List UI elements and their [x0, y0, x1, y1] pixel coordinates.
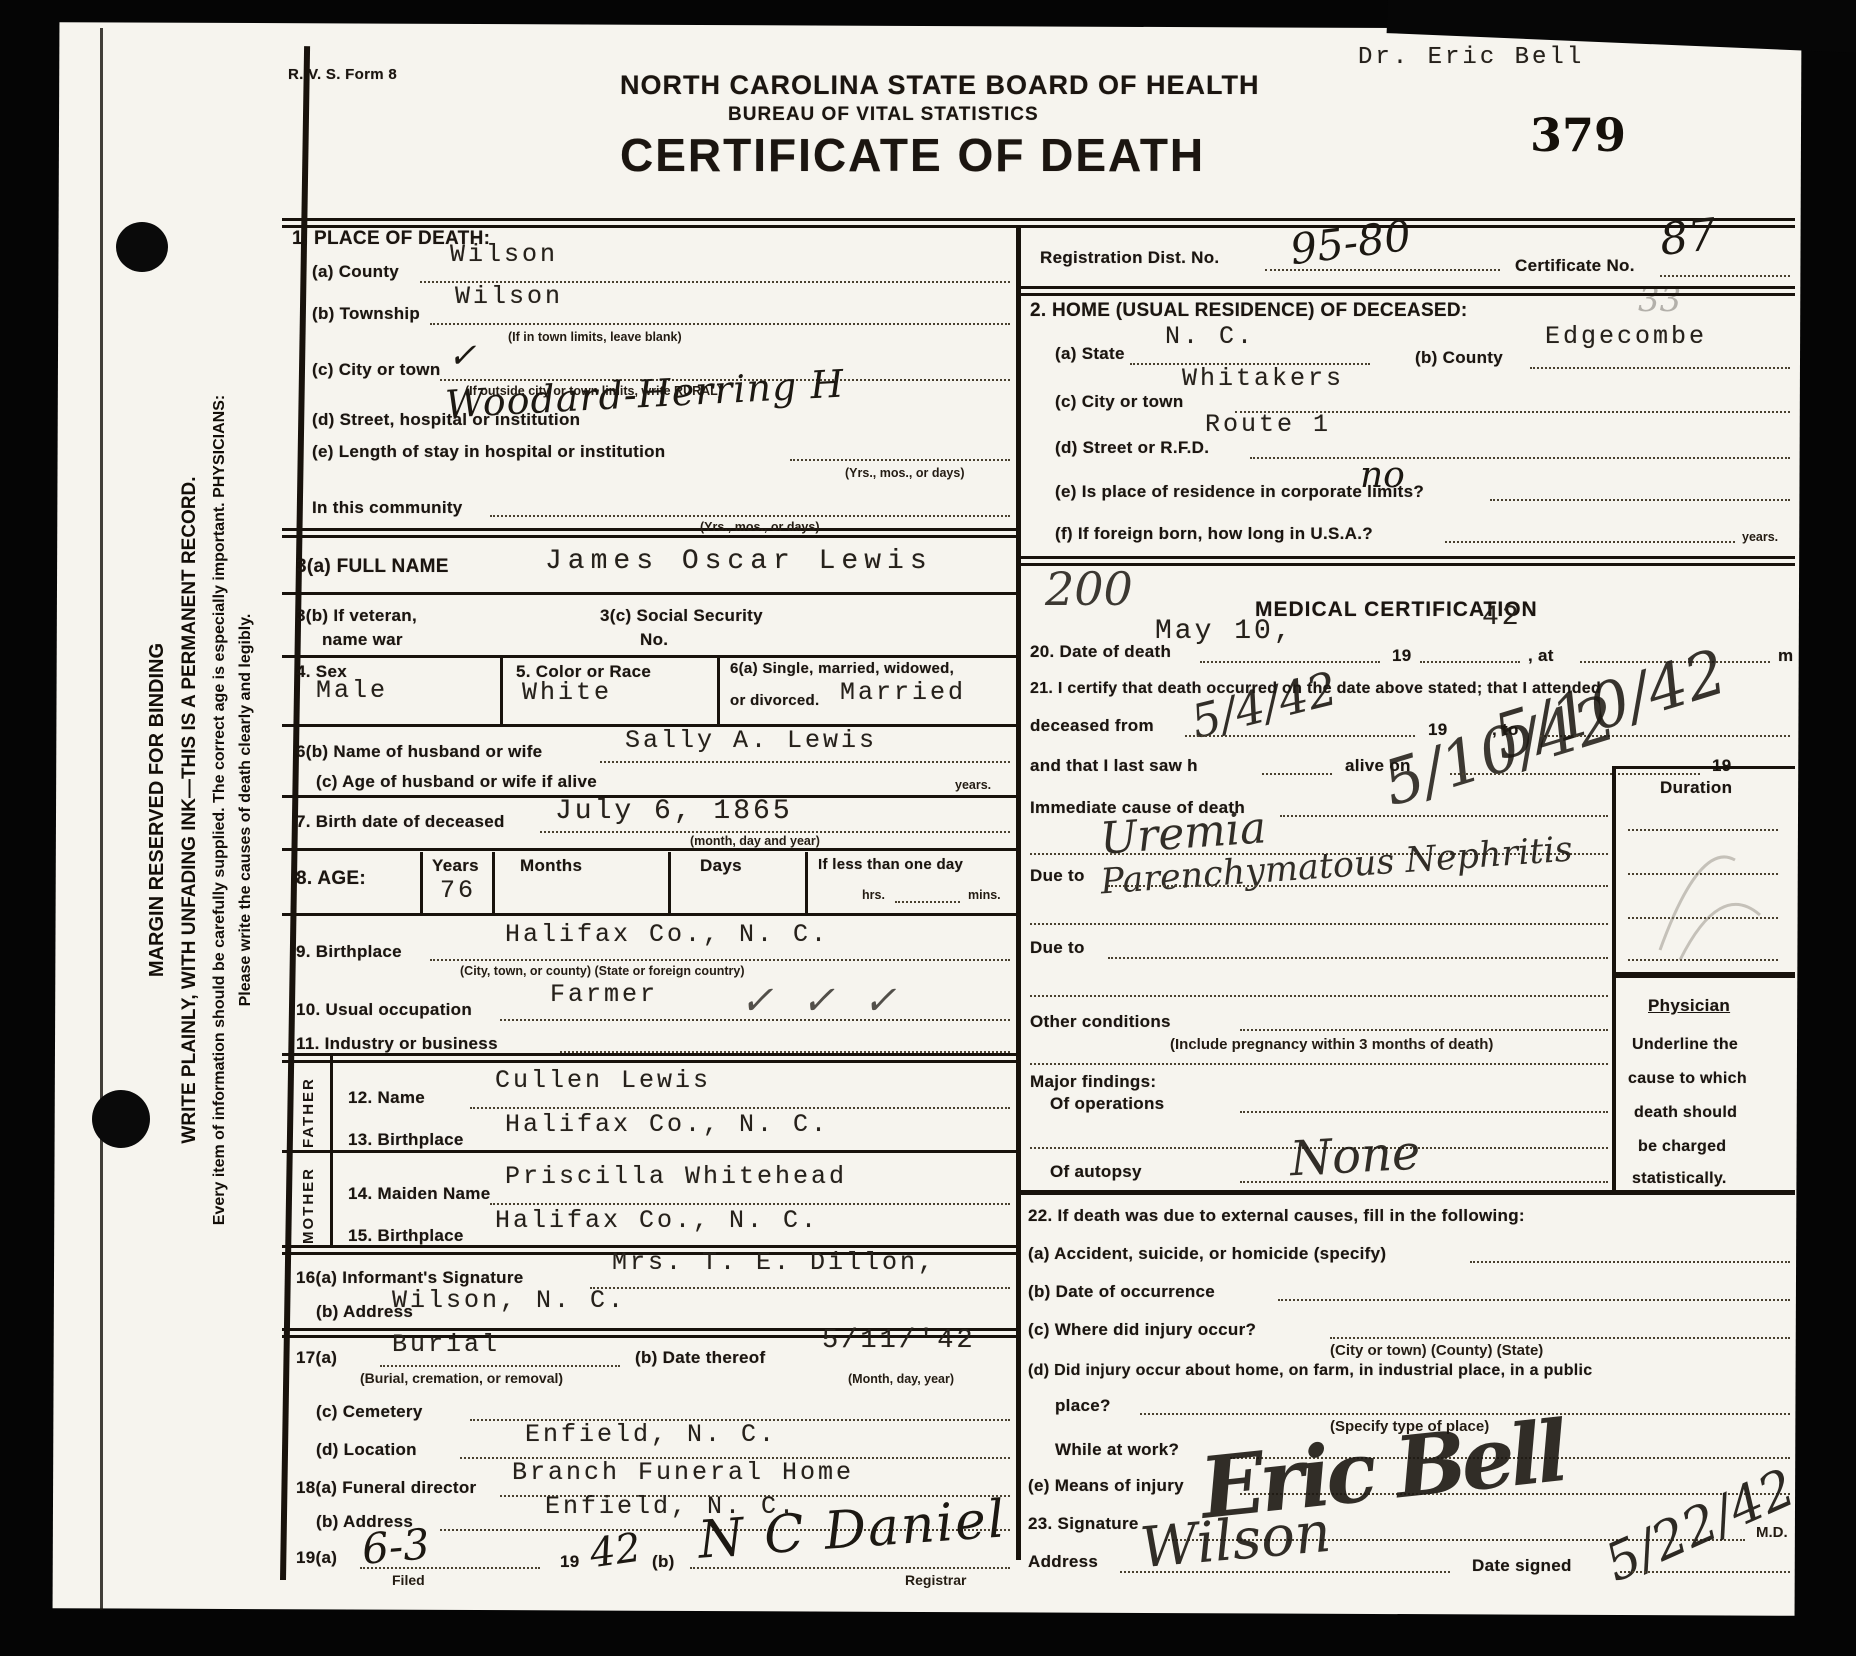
dotted-line — [1240, 1110, 1608, 1113]
s1-county-value: Wilson — [450, 240, 558, 269]
dotted-line — [1262, 772, 1332, 775]
occupation-label: 10. Usual occupation — [296, 1000, 472, 1020]
duration-box-divider — [1612, 972, 1795, 978]
duration-box-top — [1612, 766, 1795, 769]
dotted-line — [1278, 1298, 1790, 1301]
disposal-date-hint: (Month, day, year) — [848, 1372, 954, 1386]
rule-father-mother — [282, 1150, 1019, 1153]
s1-township-label: (b) Township — [312, 304, 420, 324]
stamp-number: 379 — [1530, 108, 1626, 162]
physician-address-label: Address — [1028, 1552, 1098, 1572]
dotted-line — [380, 1364, 620, 1367]
dotted-line — [690, 1566, 1010, 1569]
mother-side-label: MOTHER — [300, 1158, 317, 1244]
dotted-line — [1240, 1028, 1608, 1031]
cell-line — [500, 658, 503, 724]
birthdate-value: July 6, 1865 — [555, 796, 793, 827]
physician-note-5: statistically. — [1632, 1170, 1727, 1188]
spouse-age-label: (c) Age of husband or wife if alive — [316, 772, 597, 792]
occupation-checkmarks: ✓✓✓ — [740, 978, 925, 1024]
dotted-line — [1250, 456, 1790, 459]
ssn-label2: No. — [640, 630, 668, 650]
age-less-label: If less than one day — [818, 856, 963, 873]
dotted-line — [1030, 994, 1608, 997]
rule-8 — [282, 913, 1019, 916]
age-years-label: Years — [432, 856, 479, 876]
disposal-hint: (Burial, cremation, or removal) — [360, 1370, 563, 1386]
father-name-value: Cullen Lewis — [495, 1066, 711, 1095]
of-autopsy-value: None — [1289, 1125, 1422, 1188]
board-title: NORTH CAROLINA STATE BOARD OF HEALTH — [620, 70, 1259, 101]
dotted-line — [1120, 1570, 1450, 1573]
dotted-line — [1490, 498, 1790, 501]
s22-b-label: (b) Date of occurrence — [1028, 1282, 1215, 1302]
s22-work-label: While at work? — [1055, 1440, 1179, 1460]
dotted-line — [1265, 268, 1500, 271]
spouse-value: Sally A. Lewis — [625, 726, 877, 755]
dotted-line — [1185, 734, 1415, 737]
sex-value: Male — [316, 676, 388, 705]
registrar-label: Registrar — [905, 1572, 966, 1588]
column-divider — [1016, 226, 1021, 1560]
s2-county-value: Edgecombe — [1545, 322, 1707, 351]
scan-edge-line — [100, 28, 103, 1610]
dotted-line — [1200, 660, 1380, 663]
birthdate-label: 7. Birth date of deceased — [296, 812, 505, 832]
death-m-label: m — [1778, 646, 1793, 666]
dotted-line — [1240, 1180, 1608, 1183]
funeral-director-value: Branch Funeral Home — [512, 1458, 854, 1487]
last-saw-label: and that I last saw h — [1030, 756, 1198, 776]
rule-father-top — [282, 1053, 1019, 1063]
dotted-line — [430, 958, 1010, 961]
margin-line-1: MARGIN RESERVED FOR BINDING — [140, 60, 174, 1560]
rule-7 — [282, 848, 1019, 851]
s1-community-label: In this community — [312, 498, 463, 518]
of-operations-label: Of operations — [1050, 1094, 1164, 1114]
s2-foreign-suffix: years. — [1742, 530, 1778, 544]
s2-state-value: N. C. — [1165, 322, 1255, 351]
father-name-label: 12. Name — [348, 1088, 425, 1108]
marital-label: 6(a) Single, married, widowed, — [730, 660, 954, 677]
veteran-label: 3(b) If veteran, — [296, 606, 417, 626]
dotted-line — [600, 760, 1010, 763]
due-to-1-label: Due to — [1030, 866, 1085, 886]
rule-left-1 — [282, 528, 1019, 538]
cemetery-label: (c) Cemetery — [316, 1402, 423, 1422]
dotted-line — [1420, 660, 1520, 663]
dotted-line — [560, 1050, 1010, 1053]
dotted-line — [360, 1566, 540, 1569]
duration-box-left — [1612, 768, 1616, 1192]
registrar-label-19b: (b) — [652, 1552, 675, 1572]
parent-label-line — [330, 1056, 333, 1246]
birthdate-hint: (month, day and year) — [690, 834, 820, 848]
rule-home-bottom — [1018, 556, 1795, 566]
s2-foreign-label: (f) If foreign born, how long in U.S.A.? — [1055, 524, 1373, 544]
s1-township-hint: (If in town limits, leave blank) — [508, 330, 682, 344]
s1-township-value: Wilson — [455, 282, 563, 311]
location-label: (d) Location — [316, 1440, 417, 1460]
dotted-line — [1030, 1062, 1608, 1065]
dotted-line — [430, 322, 1010, 325]
fullname-label: 3(a) FULL NAME — [296, 556, 449, 578]
s1-community-hint: (Yrs., mos., or days) — [700, 520, 819, 534]
s22-c-hint: (City or town) (County) (State) — [1330, 1342, 1543, 1359]
s2-county-label: (b) County — [1415, 348, 1503, 368]
disposal-value: Burial — [392, 1330, 500, 1359]
dotted-line — [1108, 884, 1608, 887]
dotted-line — [1030, 922, 1608, 925]
dotted-line — [1108, 956, 1608, 959]
birthplace-hint: (City, town, or county) (State or foreig… — [460, 964, 745, 978]
major-findings-label: Major findings: — [1030, 1072, 1156, 1092]
faint-pencil-marks — [1640, 820, 1780, 970]
ssn-label: 3(c) Social Security — [600, 606, 763, 626]
dotted-line — [490, 514, 1010, 517]
rule-medical-bottom — [1018, 1190, 1795, 1195]
spouse-age-suffix: years. — [955, 778, 991, 792]
dotted-line — [1445, 540, 1735, 543]
dotted-line — [1470, 1260, 1790, 1263]
death-year-prefix: 19 — [1392, 646, 1412, 666]
other-conditions-label: Other conditions — [1030, 1012, 1171, 1032]
rule-fullname — [282, 592, 1019, 595]
s2-state-label: (a) State — [1055, 344, 1125, 364]
location-value: Enfield, N. C. — [525, 1420, 777, 1449]
informant-label: 16(a) Informant's Signature — [296, 1268, 524, 1288]
funeral-director-label: 18(a) Funeral director — [296, 1478, 476, 1498]
mother-birthplace-value: Halifax Co., N. C. — [495, 1206, 819, 1235]
cell-line — [668, 852, 671, 914]
other-conditions-hint: (Include pregnancy within 3 months of de… — [1170, 1036, 1493, 1053]
father-birthplace-value: Halifax Co., N. C. — [505, 1110, 829, 1139]
page-title: CERTIFICATE OF DEATH — [620, 128, 1205, 182]
filed-year-value: 42 — [587, 1525, 644, 1578]
race-value: White — [522, 678, 612, 707]
dotted-line — [470, 1106, 1010, 1109]
physician-note-3: death should — [1634, 1104, 1737, 1122]
physician-signature-label: 23. Signature — [1028, 1514, 1139, 1534]
marital-label2: or divorced. — [730, 692, 819, 709]
reg-dist-label: Registration Dist. No. — [1040, 248, 1219, 268]
physician-note-4: be charged — [1638, 1138, 1726, 1156]
filed-label-19a: 19(a) — [296, 1548, 337, 1568]
header-rule — [282, 218, 1795, 228]
veteran-label2: name war — [322, 630, 403, 650]
date-signed-label: Date signed — [1472, 1556, 1572, 1576]
age-months-label: Months — [520, 856, 582, 876]
s1-stay-hint: (Yrs., mos., or days) — [845, 466, 964, 480]
s2-city-value: Whitakers — [1182, 364, 1344, 393]
age-hrs-label: hrs. — [862, 888, 885, 902]
informant-value: Mrs. T. E. Dillon, — [612, 1248, 936, 1277]
mother-maiden-label: 14. Maiden Name — [348, 1184, 490, 1204]
binding-margin-text: MARGIN RESERVED FOR BINDING WRITE PLAINL… — [140, 60, 258, 1560]
s2-county-note: 33 — [1638, 280, 1681, 320]
s1-city-label: (c) City or town — [312, 360, 441, 380]
filed-label: Filed — [392, 1572, 425, 1588]
attended-from-label: deceased from — [1030, 716, 1154, 736]
dotted-line — [1660, 274, 1790, 277]
margin-line-4: Please write the causes of death clearly… — [233, 60, 258, 1560]
death-date-label: 20. Date of death — [1030, 642, 1171, 662]
s22-d-label2: place? — [1055, 1396, 1111, 1416]
s2-city-label: (c) City or town — [1055, 392, 1184, 412]
scanned-death-certificate: MARGIN RESERVED FOR BINDING WRITE PLAINL… — [0, 0, 1856, 1656]
dotted-line — [1330, 1336, 1790, 1339]
physician-label: Physician — [1648, 996, 1730, 1016]
med-margin-note: 200 — [1045, 562, 1133, 616]
mother-maiden-value: Priscilla Whitehead — [505, 1162, 847, 1191]
doctor-annotation: Dr. Eric Bell — [1358, 44, 1584, 71]
reg-cert-label: Certificate No. — [1515, 256, 1635, 276]
s1-stay-label: (e) Length of stay in hospital or instit… — [312, 442, 665, 462]
of-autopsy-label: Of autopsy — [1050, 1162, 1142, 1182]
margin-line-2: WRITE PLAINLY, WITH UNFADING INK—THIS IS… — [174, 60, 206, 1560]
s1-county-label: (a) County — [312, 262, 399, 282]
s2-street-value: Route 1 — [1205, 410, 1331, 439]
fullname-value: James Oscar Lewis — [545, 546, 933, 577]
s22-e-label: (e) Means of injury — [1028, 1476, 1184, 1496]
death-year-value: 42 — [1482, 602, 1522, 633]
age-mins-label: mins. — [968, 888, 1001, 902]
s22-c-label: (c) Where did injury occur? — [1028, 1320, 1256, 1340]
age-label: 8. AGE: — [296, 868, 366, 890]
cell-line — [492, 852, 495, 914]
physician-note-1: Underline the — [1632, 1036, 1738, 1054]
disposal-date-label: (b) Date thereof — [635, 1348, 765, 1368]
age-days-label: Days — [700, 856, 742, 876]
duration-label: Duration — [1660, 778, 1732, 798]
informant-address-value: Wilson, N. C. — [392, 1286, 626, 1315]
s22-title: 22. If death was due to external causes,… — [1028, 1206, 1525, 1226]
dotted-line — [490, 1202, 1010, 1205]
due-to-2-label: Due to — [1030, 938, 1085, 958]
s1-city-mark: ✓ — [448, 336, 477, 376]
cell-line — [420, 852, 423, 914]
dotted-line — [895, 900, 960, 903]
cell-line — [717, 658, 720, 724]
dotted-line — [1280, 814, 1608, 817]
physician-note-2: cause to which — [1628, 1070, 1747, 1088]
birthplace-value: Halifax Co., N. C. — [505, 920, 829, 949]
dotted-line — [1620, 1570, 1790, 1573]
death-date-value: May 10, — [1155, 616, 1294, 647]
bureau-title: BUREAU OF VITAL STATISTICS — [728, 104, 1039, 126]
industry-label: 11. Industry or business — [296, 1034, 498, 1054]
margin-line-3: Every item of information should be care… — [206, 60, 233, 1560]
mother-birthplace-label: 15. Birthplace — [348, 1226, 464, 1246]
s22-a-label: (a) Accident, suicide, or homicide (spec… — [1028, 1244, 1386, 1264]
s22-d-label: (d) Did injury occur about home, on farm… — [1028, 1362, 1592, 1380]
rule-3b — [282, 655, 1019, 658]
cell-line — [805, 852, 808, 914]
dotted-line — [540, 830, 1010, 833]
occupation-value: Farmer — [550, 980, 658, 1009]
filed-year-prefix: 19 — [560, 1552, 580, 1572]
spouse-label: 6(b) Name of husband or wife — [296, 742, 542, 762]
age-years-value: 76 — [440, 876, 476, 905]
disposal-date-value: 5/11/'42 — [822, 1326, 976, 1356]
disposal-label: 17(a) — [296, 1348, 337, 1368]
dotted-line — [1450, 772, 1700, 775]
birthplace-label: 9. Birthplace — [296, 942, 402, 962]
marital-value: Married — [840, 678, 966, 707]
death-at-label: , at — [1528, 646, 1554, 666]
reg-cert-value: 87 — [1657, 209, 1718, 266]
father-side-label: FATHER — [300, 1062, 317, 1148]
dotted-line — [790, 458, 1010, 461]
s2-title: 2. HOME (USUAL RESIDENCE) OF DECEASED: — [1030, 300, 1468, 322]
s2-corp-value: no — [1360, 455, 1405, 496]
dotted-line — [1530, 366, 1790, 369]
s2-street-label: (d) Street or R.F.D. — [1055, 438, 1209, 458]
dotted-line — [590, 1286, 1010, 1289]
father-birthplace-label: 13. Birthplace — [348, 1130, 464, 1150]
